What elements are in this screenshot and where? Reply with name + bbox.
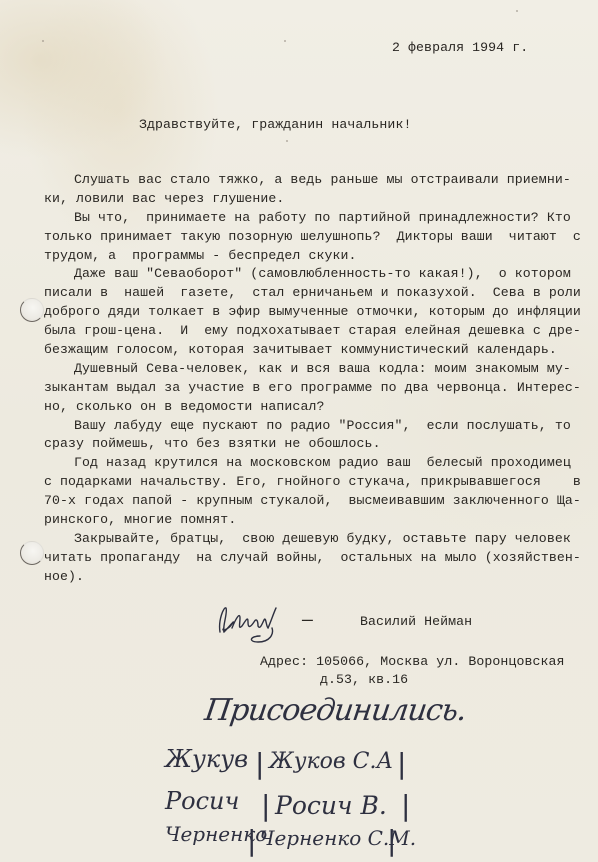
- address-line-2: д.53, кв.16: [320, 670, 408, 689]
- body-line: была грош-цена. И ему подхохатывает стар…: [44, 321, 581, 340]
- punch-hole: [20, 298, 44, 322]
- body-line: ки, ловили вас через глушение.: [44, 189, 581, 208]
- address-line-1: Адрес: 105066, Москва ул. Воронцовская: [260, 652, 565, 671]
- letter-page: 2 февраля 1994 г. Здравствуйте, граждани…: [0, 0, 598, 862]
- cosigner-row: Черненко | Черненко С.М. |: [165, 822, 595, 862]
- body-line: Слушать вас стало тяжко, а ведь раньше м…: [44, 170, 581, 189]
- cosigner-signature: Жукув: [165, 745, 248, 773]
- body-line: зыкантам выдал за участие в его программ…: [44, 378, 581, 397]
- body-line: но, сколько он в ведомости написал?: [44, 397, 581, 416]
- cosigner-name: Росич В.: [275, 791, 387, 820]
- body-line: ное).: [44, 567, 581, 586]
- divider-stroke: |: [261, 789, 270, 822]
- body-line: Вы что, принимаете на работу по партийно…: [44, 208, 581, 227]
- punch-hole: [20, 541, 44, 565]
- body-line: только принимает такую позорную шелушноп…: [44, 227, 581, 246]
- body-line: Даже ваш "Севаоборот" (самовлюбленность-…: [44, 264, 581, 283]
- divider-stroke: |: [387, 824, 396, 857]
- author-signature-block: — Василий Нейман: [210, 598, 590, 648]
- body-line: ринского, многие помнят.: [44, 510, 581, 529]
- body-line: писали в нашей газете, стал ерничаньем и…: [44, 283, 581, 302]
- body-line: безжащим голосом, которая зачитывает ком…: [44, 340, 581, 359]
- cosigner-name: Жуков С.А: [269, 749, 393, 774]
- body-line: трудом, а программы - беспредел скуки.: [44, 246, 581, 265]
- body-line: Вашу лабуду еще пускают по радио "Россия…: [44, 416, 581, 435]
- cosigner-row: Жукув | Жуков С.А |: [165, 745, 595, 785]
- paper-speck: [516, 10, 518, 12]
- letter-date: 2 февраля 1994 г.: [392, 38, 528, 57]
- body-line: Душевный Сева-человек, как и вся ваша ко…: [44, 359, 581, 378]
- paper-speck: [42, 40, 44, 42]
- divider-stroke: |: [401, 789, 410, 822]
- cosigner-row: Росич | Росич В. |: [165, 787, 595, 827]
- body-line: Закрывайте, братцы, свою дешевую будку, …: [44, 529, 581, 548]
- paper-speck: [284, 40, 286, 42]
- body-line: читать пропаганду на случай войны, остал…: [44, 548, 581, 567]
- paper-speck: [286, 140, 288, 142]
- body-line: Год назад крутился на московском радио в…: [44, 453, 581, 472]
- body-line: сразу поймешь, что без взятки не обошлос…: [44, 434, 581, 453]
- handwritten-signature: [210, 598, 290, 646]
- joined-note: Присоединились.: [203, 693, 469, 728]
- body-line: с подарками начальству. Его, гнойного ст…: [44, 472, 581, 491]
- author-name: Василий Нейман: [360, 612, 472, 631]
- letter-body: Слушать вас стало тяжко, а ведь раньше м…: [44, 170, 581, 586]
- cosigner-signature: Росич: [165, 787, 239, 815]
- divider-stroke: |: [397, 747, 406, 780]
- divider-stroke: |: [255, 747, 264, 780]
- divider-stroke: |: [247, 824, 256, 857]
- body-line: 70-х годах папой - крупным стукалой, выс…: [44, 491, 581, 510]
- body-line: доброго дяди толкает в эфир вымученные о…: [44, 302, 581, 321]
- letter-greeting: Здравствуйте, гражданин начальник!: [139, 115, 411, 134]
- signature-dash: —: [302, 612, 313, 630]
